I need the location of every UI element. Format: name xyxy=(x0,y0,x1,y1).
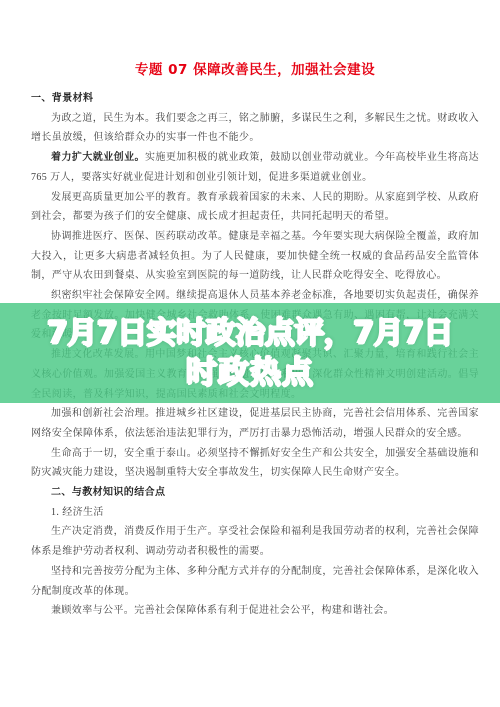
doc-paragraph: 发展更高质量更加公平的教育。教育承载着国家的未来、人民的期盼。从家庭到学校、从政… xyxy=(31,188,479,227)
doc-paragraph: 协调推进医疗、医保、医药联动改革。健康是幸福之基。今年要实现大病保险全覆盖，政府… xyxy=(31,227,479,286)
doc-paragraph: 加强和创新社会治理。推进城乡社区建设，促进基层民主协商，完善社会信用体系、完善国… xyxy=(31,404,479,443)
overlay-title-line1: 7月7日实时政治点评，7月7日 xyxy=(47,315,453,352)
doc-paragraph: 兼顾效率与公平。完善社会保障体系有利于促进社会公平，构建和谐社会。 xyxy=(31,601,479,621)
doc-paragraph: 生命高于一切，安全重于泰山。必须坚持不懈抓好安全生产和公共安全，加强安全基础设施… xyxy=(31,444,479,483)
document-title: 专题 07 保障改善民生，加强社会建设 xyxy=(31,62,479,78)
doc-heading: 二、与教材知识的结合点 xyxy=(31,483,479,503)
doc-paragraph: 生产决定消费，消费反作用于生产。享受社会保险和福利是我国劳动者的权利，完善社会保… xyxy=(31,522,479,561)
doc-heading: 1. 经济生活 xyxy=(31,503,479,523)
overlay-banner: 7月7日实时政治点评，7月7日 时政热点 xyxy=(0,303,500,403)
doc-paragraph: 着力扩大就业创业。实施更加积极的就业政策，鼓励以创业带动就业。今年高校毕业生将高… xyxy=(31,148,479,187)
doc-paragraph: 坚持和完善按劳分配为主体、多种分配方式并存的分配制度，完善社会保障体系，是深化收… xyxy=(31,562,479,601)
overlay-title-line2: 时政热点 xyxy=(186,354,314,392)
doc-heading: 一、背景材料 xyxy=(31,89,479,109)
page-root: 专题 07 保障改善民生，加强社会建设 一、背景材料为政之道，民生为本。我们要念… xyxy=(0,0,500,707)
paragraph-lead: 着力扩大就业创业。 xyxy=(51,152,145,163)
doc-paragraph: 为政之道，民生为本。我们要念之再三，铭之肺腑，多谋民生之利，多解民生之忧。财政收… xyxy=(31,109,479,148)
